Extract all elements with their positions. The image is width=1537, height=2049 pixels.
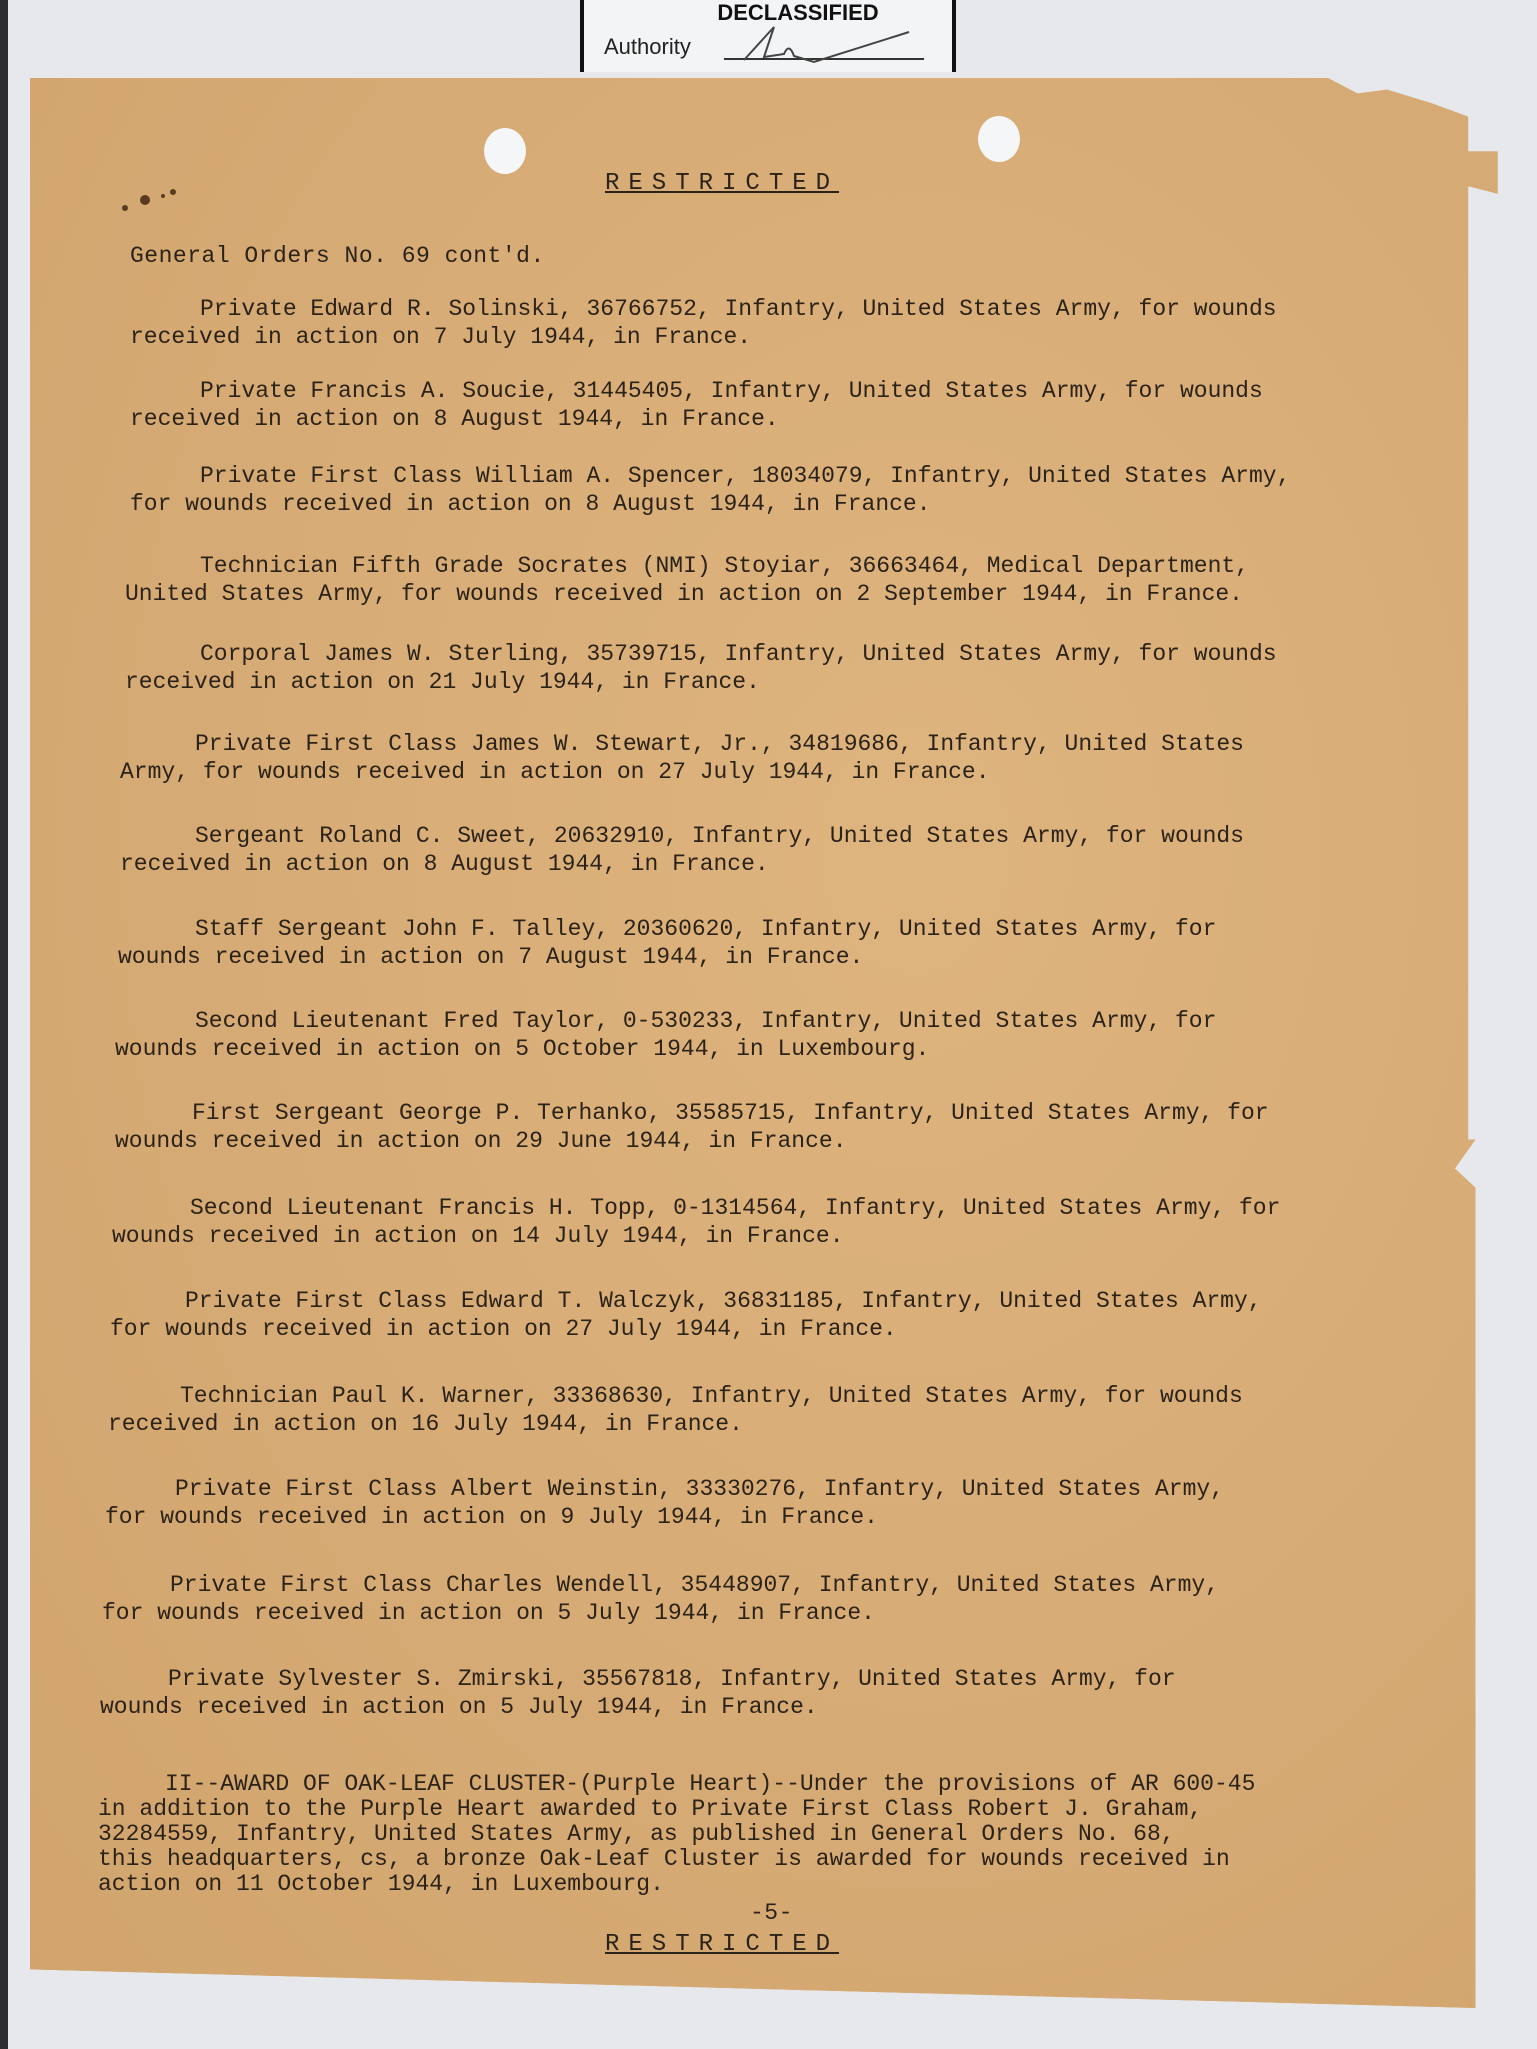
entry-16-line-2: wounds received in action on 5 July 1944… <box>100 1694 818 1720</box>
signature-icon <box>734 22 914 67</box>
punch-hole <box>484 128 526 174</box>
classification-header: RESTRICTED <box>605 170 839 197</box>
entry-12-line-2: for wounds received in action on 27 July… <box>110 1316 897 1342</box>
section2-line-2: in addition to the Purple Heart awarded … <box>98 1796 1202 1822</box>
declassified-stamp: DECLASSIFIED Authority <box>580 0 956 72</box>
paper-damage-specks <box>115 168 215 218</box>
entry-8-line-1: Staff Sergeant John F. Talley, 20360620,… <box>195 916 1216 942</box>
entry-6-line-1: Private First Class James W. Stewart, Jr… <box>195 731 1244 757</box>
entry-2-line-2: received in action on 8 August 1944, in … <box>130 406 779 432</box>
entry-10-line-1: First Sergeant George P. Terhanko, 35585… <box>192 1100 1269 1126</box>
section2-line-1: II--AWARD OF OAK-LEAF CLUSTER-(Purple He… <box>165 1771 1255 1797</box>
entry-11-line-2: wounds received in action on 14 July 194… <box>112 1223 844 1249</box>
entry-1-line-2: received in action on 7 July 1944, in Fr… <box>130 324 751 350</box>
entry-13-line-1: Technician Paul K. Warner, 33368630, Inf… <box>180 1383 1243 1409</box>
entry-6-line-2: Army, for wounds received in action on 2… <box>120 759 990 785</box>
entry-15-line-1: Private First Class Charles Wendell, 354… <box>170 1572 1219 1598</box>
order-heading: General Orders No. 69 cont'd. <box>130 243 545 269</box>
punch-hole <box>978 116 1020 162</box>
entry-4-line-2: United States Army, for wounds received … <box>125 581 1243 607</box>
entry-14-line-1: Private First Class Albert Weinstin, 333… <box>175 1476 1224 1502</box>
document-page: RESTRICTED General Orders No. 69 cont'd.… <box>30 78 1505 2008</box>
entry-1-line-1: Private Edward R. Solinski, 36766752, In… <box>200 296 1277 322</box>
entry-13-line-2: received in action on 16 July 1944, in F… <box>108 1411 743 1437</box>
entry-4-line-1: Technician Fifth Grade Socrates (NMI) St… <box>200 553 1249 579</box>
section2-line-5: action on 11 October 1944, in Luxembourg… <box>98 1871 664 1897</box>
entry-5-line-2: received in action on 21 July 1944, in F… <box>125 669 760 695</box>
entry-2-line-1: Private Francis A. Soucie, 31445405, Inf… <box>200 378 1263 404</box>
entry-14-line-2: for wounds received in action on 9 July … <box>105 1504 878 1530</box>
entry-8-line-2: wounds received in action on 7 August 19… <box>118 944 863 970</box>
classification-footer: RESTRICTED <box>605 1931 839 1958</box>
stamp-authority-label: Authority <box>604 34 691 60</box>
entry-11-line-1: Second Lieutenant Francis H. Topp, 0-131… <box>190 1195 1280 1221</box>
entry-12-line-1: Private First Class Edward T. Walczyk, 3… <box>185 1288 1262 1314</box>
entry-16-line-1: Private Sylvester S. Zmirski, 35567818, … <box>168 1666 1176 1692</box>
entry-7-line-2: received in action on 8 August 1944, in … <box>120 851 769 877</box>
section2-line-3: 32284559, Infantry, United States Army, … <box>98 1821 1175 1847</box>
background-edge <box>0 0 8 2049</box>
entry-9-line-2: wounds received in action on 5 October 1… <box>115 1036 929 1062</box>
entry-3-line-2: for wounds received in action on 8 Augus… <box>130 491 931 517</box>
entry-10-line-2: wounds received in action on 29 June 194… <box>115 1128 847 1154</box>
entry-7-line-1: Sergeant Roland C. Sweet, 20632910, Infa… <box>195 823 1244 849</box>
entry-3-line-1: Private First Class William A. Spencer, … <box>200 463 1290 489</box>
page-number: -5- <box>750 1900 793 1926</box>
entry-5-line-1: Corporal James W. Sterling, 35739715, In… <box>200 641 1277 667</box>
entry-9-line-1: Second Lieutenant Fred Taylor, 0-530233,… <box>195 1008 1216 1034</box>
entry-15-line-2: for wounds received in action on 5 July … <box>102 1600 875 1626</box>
section2-line-4: this headquarters, cs, a bronze Oak-Leaf… <box>98 1846 1230 1872</box>
